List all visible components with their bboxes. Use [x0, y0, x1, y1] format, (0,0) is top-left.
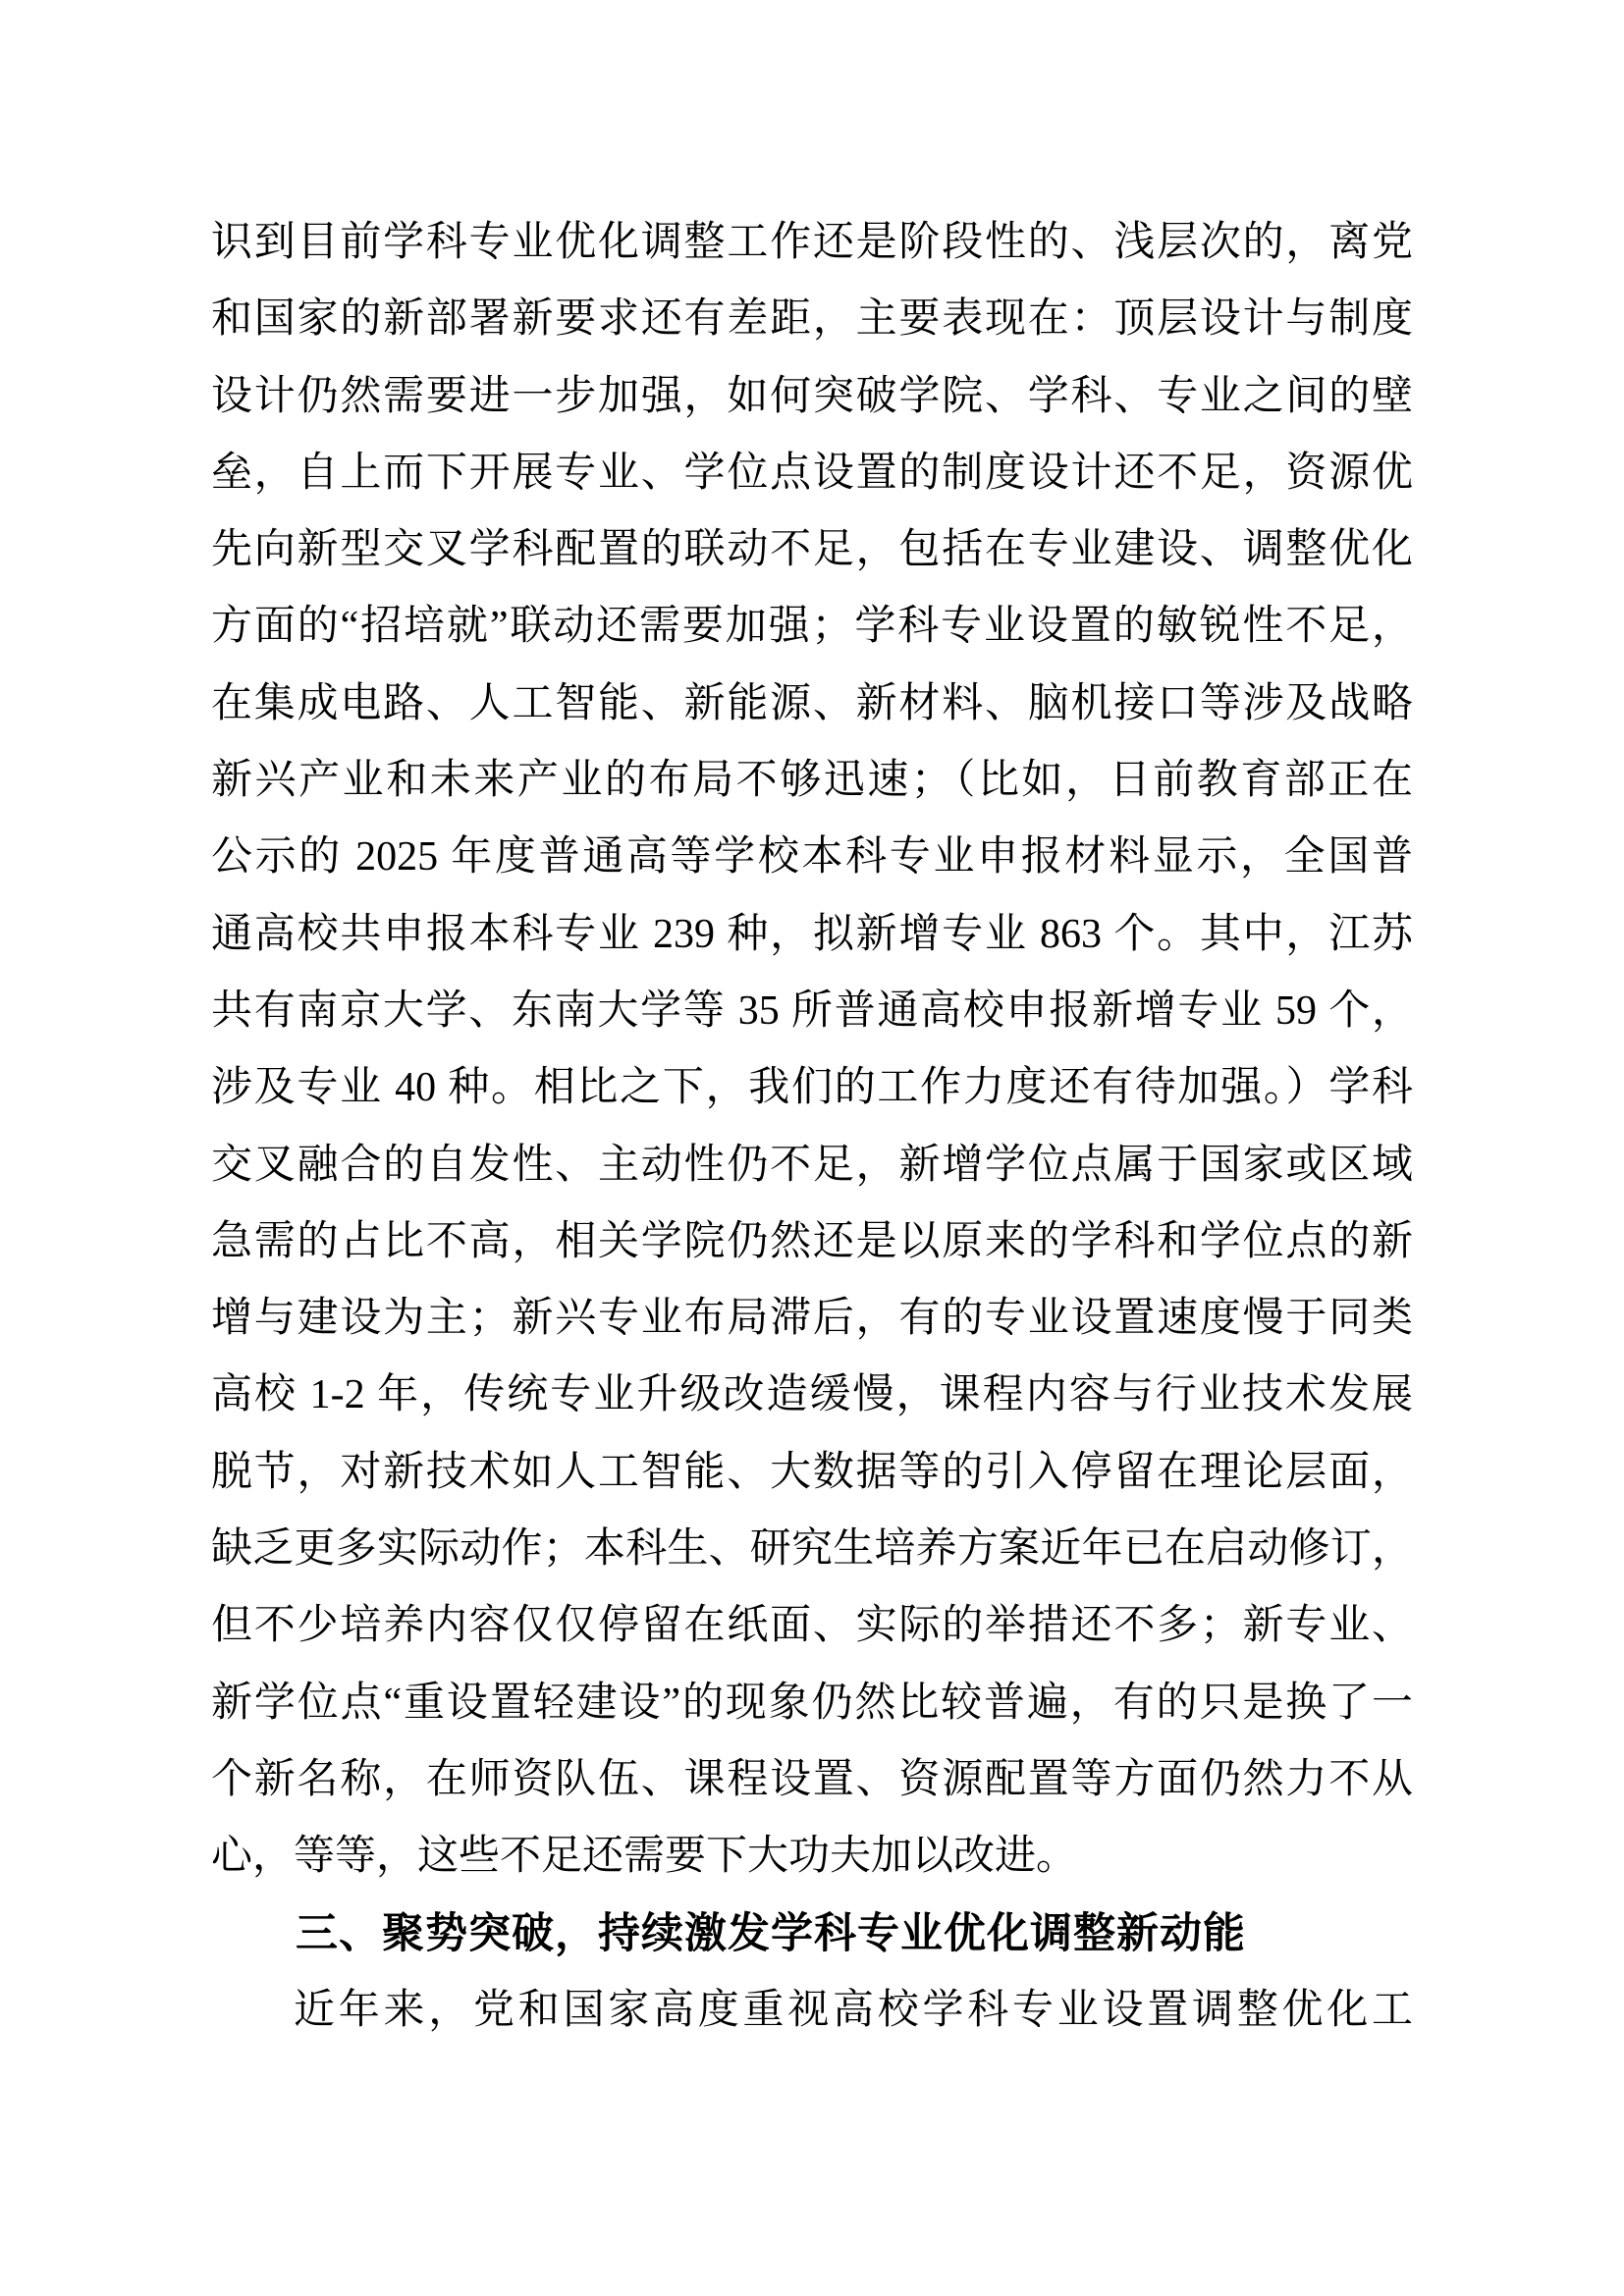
- text-line: 新兴产业和未来产业的布局不够迅速；（比如，日前教育部正在: [211, 742, 1413, 819]
- text-line: 增与建设为主；新兴专业布局滞后，有的专业设置速度慢于同类: [211, 1280, 1413, 1357]
- text-line: 交叉融合的自发性、主动性仍不足，新增学位点属于国家或区域: [211, 1127, 1413, 1203]
- text-line: 公示的 2025 年度普通高等学校本科专业申报材料显示，全国普: [211, 819, 1413, 895]
- text-line: 设计仍然需要进一步加强，如何突破学院、学科、专业之间的壁: [211, 358, 1413, 435]
- text-line: 高校 1-2 年，传统专业升级改造缓慢，课程内容与行业技术发展: [211, 1357, 1413, 1433]
- text-line: 方面的“招培就”联动还需要加强；学科专业设置的敏锐性不足，: [211, 588, 1413, 665]
- text-line: 垒，自上而下开展专业、学位点设置的制度设计还不足，资源优: [211, 435, 1413, 511]
- text-line: 但不少培养内容仅仅停留在纸面、实际的举措还不多；新专业、: [211, 1587, 1413, 1664]
- text-line: 脱节，对新技术如人工智能、大数据等的引入停留在理论层面，: [211, 1434, 1413, 1511]
- text-body: 识到目前学科专业优化调整工作还是阶段性的、浅层次的，离党和国家的新部署新要求还有…: [211, 204, 1413, 2049]
- text-line: 共有南京大学、东南大学等 35 所普通高校申报新增专业 59 个，: [211, 973, 1413, 1049]
- text-line: 和国家的新部署新要求还有差距，主要表现在：顶层设计与制度: [211, 281, 1413, 357]
- text-line: 新学位点“重设置轻建设”的现象仍然比较普遍，有的只是换了一: [211, 1665, 1413, 1741]
- text-line: 识到目前学科专业优化调整工作还是阶段性的、浅层次的，离党: [211, 204, 1413, 281]
- text-line: 先向新型交叉学科配置的联动不足，包括在专业建设、调整优化: [211, 511, 1413, 588]
- text-line: 近年来，党和国家高度重视高校学科专业设置调整优化工: [211, 1972, 1413, 2049]
- text-line: 涉及专业 40 种。相比之下，我们的工作力度还有待加强。）学科: [211, 1049, 1413, 1126]
- text-line: 心，等等，这些不足还需要下大功夫加以改进。: [211, 1818, 1413, 1895]
- text-line: 急需的占比不高，相关学院仍然还是以原来的学科和学位点的新: [211, 1203, 1413, 1280]
- section-heading: 三、聚势突破，持续激发学科专业优化调整新动能: [211, 1896, 1413, 1972]
- document-page: 识到目前学科专业优化调整工作还是阶段性的、浅层次的，离党和国家的新部署新要求还有…: [0, 0, 1624, 2296]
- text-line: 通高校共申报本科专业 239 种，拟新增专业 863 个。其中，江苏: [211, 896, 1413, 973]
- text-line: 个新名称，在师资队伍、课程设置、资源配置等方面仍然力不从: [211, 1741, 1413, 1818]
- text-line: 缺乏更多实际动作；本科生、研究生培养方案近年已在启动修订，: [211, 1511, 1413, 1587]
- text-line: 在集成电路、人工智能、新能源、新材料、脑机接口等涉及战略: [211, 666, 1413, 742]
